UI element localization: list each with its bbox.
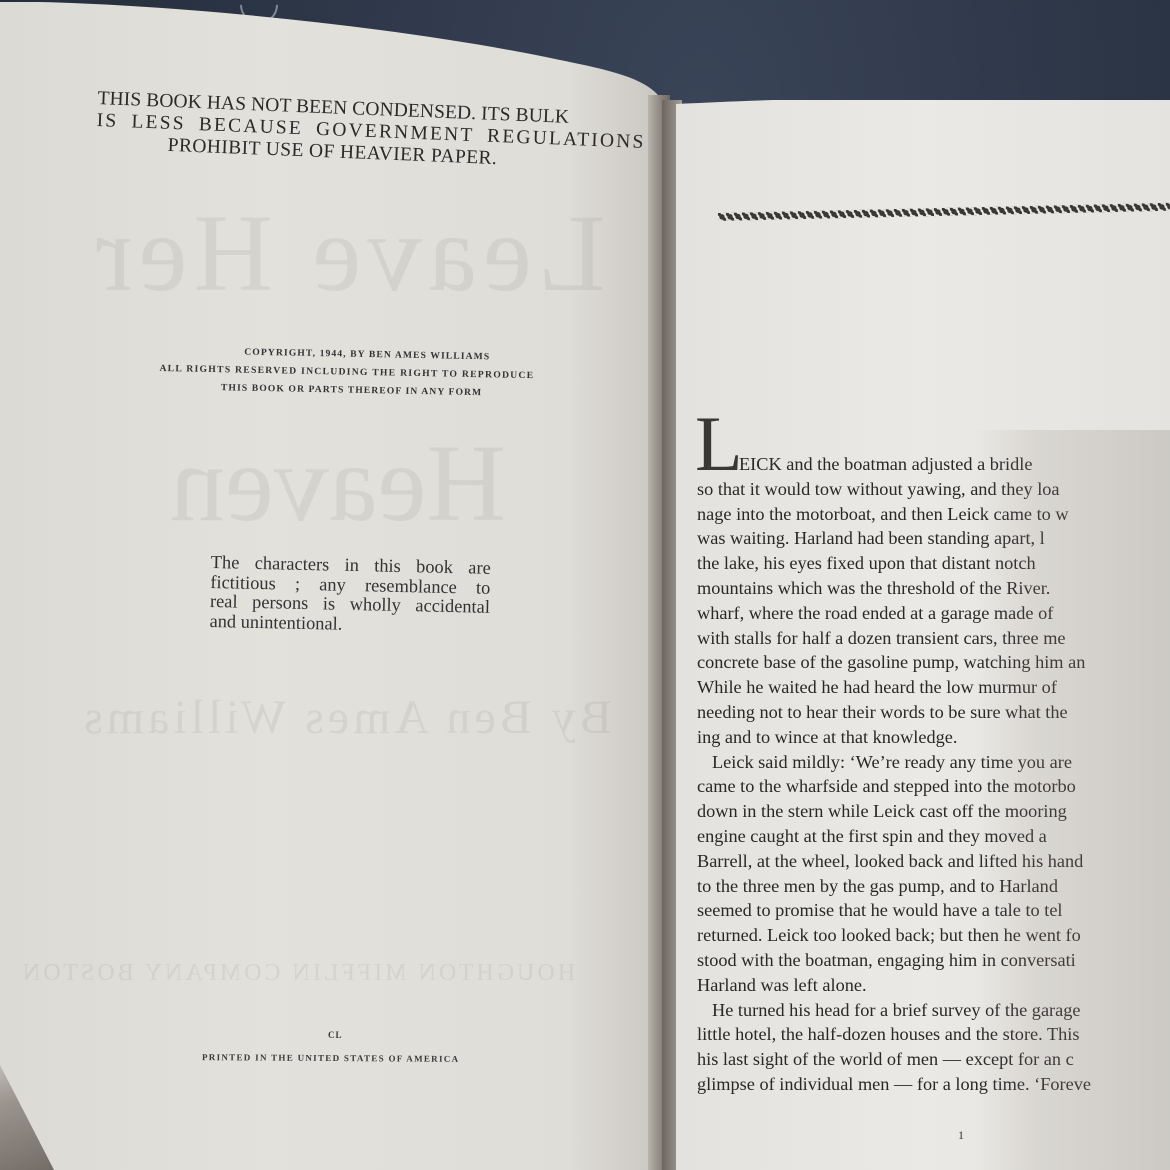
chapter-body: LEICK and the boatman adjusted a bridle … (697, 452, 1170, 1097)
text-line-content: EICK and the boatman adjusted a bridle (739, 454, 1032, 474)
text-line: so that it would tow without yawing, and… (697, 477, 1170, 502)
page-number: 1 (958, 1128, 964, 1143)
right-page-text-area: LEICK and the boatman adjusted a bridle … (676, 0, 1170, 1170)
text-line: engine caught at the first spin and they… (697, 824, 1170, 849)
text-line: Leick said mildly: ‘We’re ready any time… (697, 750, 1170, 775)
text-line: returned. Leick too looked back; but the… (697, 923, 1170, 948)
ghost-title-line2: Heaven (170, 420, 506, 547)
text-line: needing not to hear their words to be su… (697, 700, 1170, 725)
text-line: seemed to promise that he would have a t… (697, 898, 1170, 923)
text-line: concrete base of the gasoline pump, watc… (697, 650, 1170, 675)
text-line: nage into the motorboat, and then Leick … (697, 502, 1170, 527)
drop-cap: L (695, 405, 743, 483)
text-line: the lake, his eyes fixed upon that dista… (697, 551, 1170, 576)
text-line: stood with the boatman, engaging him in … (697, 948, 1170, 973)
text-line: Harland was left alone. (697, 973, 1170, 998)
text-line: with stalls for half a dozen transient c… (697, 626, 1170, 651)
copyright-block: COPYRIGHT, 1944, BY BEN AMES WILLIAMS AL… (159, 342, 545, 403)
text-line: glimpse of individual men — for a long t… (697, 1072, 1170, 1097)
text-line: was waiting. Harland had been standing a… (697, 526, 1170, 551)
ghost-publisher: HOUGHTON MIFFLIN COMPANY BOSTON (20, 960, 575, 987)
text-line: Barrell, at the wheel, looked back and l… (697, 849, 1170, 874)
fiction-disclaimer: The characters in this book are fictitio… (209, 553, 491, 637)
text-line: came to the wharfside and stepped into t… (697, 774, 1170, 799)
ghost-title-line1: Leave Her (90, 190, 605, 317)
text-line: little hotel, the half-dozen houses and … (697, 1022, 1170, 1047)
text-line: While he waited he had heard the low mur… (697, 675, 1170, 700)
ghost-author: By Ben Ames Williams (80, 690, 612, 745)
text-line: wharf, where the road ended at a garage … (697, 601, 1170, 626)
printer-mark: CL (328, 1030, 343, 1040)
text-line: his last sight of the world of men — exc… (697, 1047, 1170, 1072)
text-line: He turned his head for a brief survey of… (697, 998, 1170, 1023)
text-line: mountains which was the threshold of the… (697, 576, 1170, 601)
text-line: to the three men by the gas pump, and to… (697, 874, 1170, 899)
text-line: ing and to wince at that knowledge. (697, 725, 1170, 750)
text-line: down in the stern while Leick cast off t… (697, 799, 1170, 824)
text-line: LEICK and the boatman adjusted a bridle (697, 452, 1170, 477)
printed-in-line: PRINTED IN THE UNITED STATES OF AMERICA (202, 1052, 459, 1064)
